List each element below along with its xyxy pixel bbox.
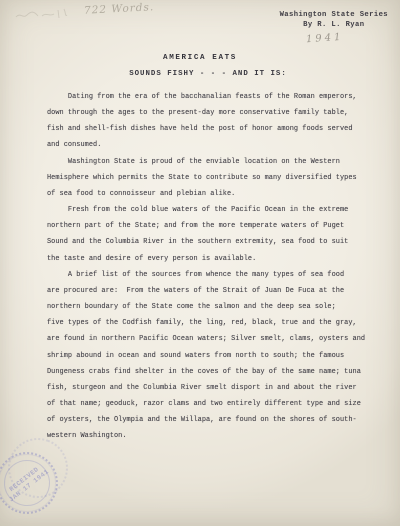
typed-line: Hemisphere which permits the State to co…: [47, 170, 365, 186]
typed-line: Dating from the era of the bacchanalian …: [47, 89, 365, 105]
typed-line: of sea food to connoisseur and plebian a…: [47, 186, 365, 202]
typed-line: shrimp abound in ocean and sound waters …: [47, 348, 365, 364]
typed-line: Washington State is proud of the enviabl…: [47, 154, 365, 170]
scanned-document-page: 722 Words. Washington State Series By R.…: [0, 0, 400, 526]
typed-line: of that name; geoduck, razor clams and t…: [47, 396, 365, 412]
typed-line: fish and shell-fish dishes have held the…: [47, 121, 365, 137]
pencil-scribble: [14, 6, 84, 22]
year-annotation: 1941: [306, 32, 344, 46]
typed-line: five types of the Codfish family, the li…: [47, 315, 365, 331]
typed-line: Fresh from the cold blue waters of the P…: [47, 202, 365, 218]
typed-line: of oysters, the Olympia and the Willapa,…: [47, 412, 365, 428]
typed-line: fish, sturgeon and the Columbia River sm…: [47, 380, 365, 396]
document-header: Washington State Series By R. L. Ryan: [280, 11, 388, 30]
word-count-annotation: 722 Words.: [84, 1, 155, 17]
series-title: Washington State Series: [280, 11, 388, 21]
document-body: Dating from the era of the bacchanalian …: [47, 89, 365, 444]
typed-line: Sound and the Columbia River in the sout…: [47, 234, 365, 250]
page-subtitle: SOUNDS FISHY - - - AND IT IS:: [8, 70, 400, 78]
typed-line: the taste and desire of every person is …: [47, 251, 365, 267]
typed-line: are procured are: From the waters of the…: [47, 283, 365, 299]
typed-line: and consumed.: [47, 137, 365, 153]
typed-line: western Washington.: [47, 428, 365, 444]
typed-line: northern part of the State; and from the…: [47, 218, 365, 234]
typed-line: are found in northern Pacific Ocean wate…: [47, 331, 365, 347]
typed-line: down through the ages to the present-day…: [47, 105, 365, 121]
typed-line: Dungeness crabs find shelter in the cove…: [47, 364, 365, 380]
typed-line: northern boundary of the State come the …: [47, 299, 365, 315]
byline: By R. L. Ryan: [280, 21, 388, 31]
page-title: AMERICA EATS: [0, 54, 400, 62]
typed-line: A brief list of the sources from whence …: [47, 267, 365, 283]
